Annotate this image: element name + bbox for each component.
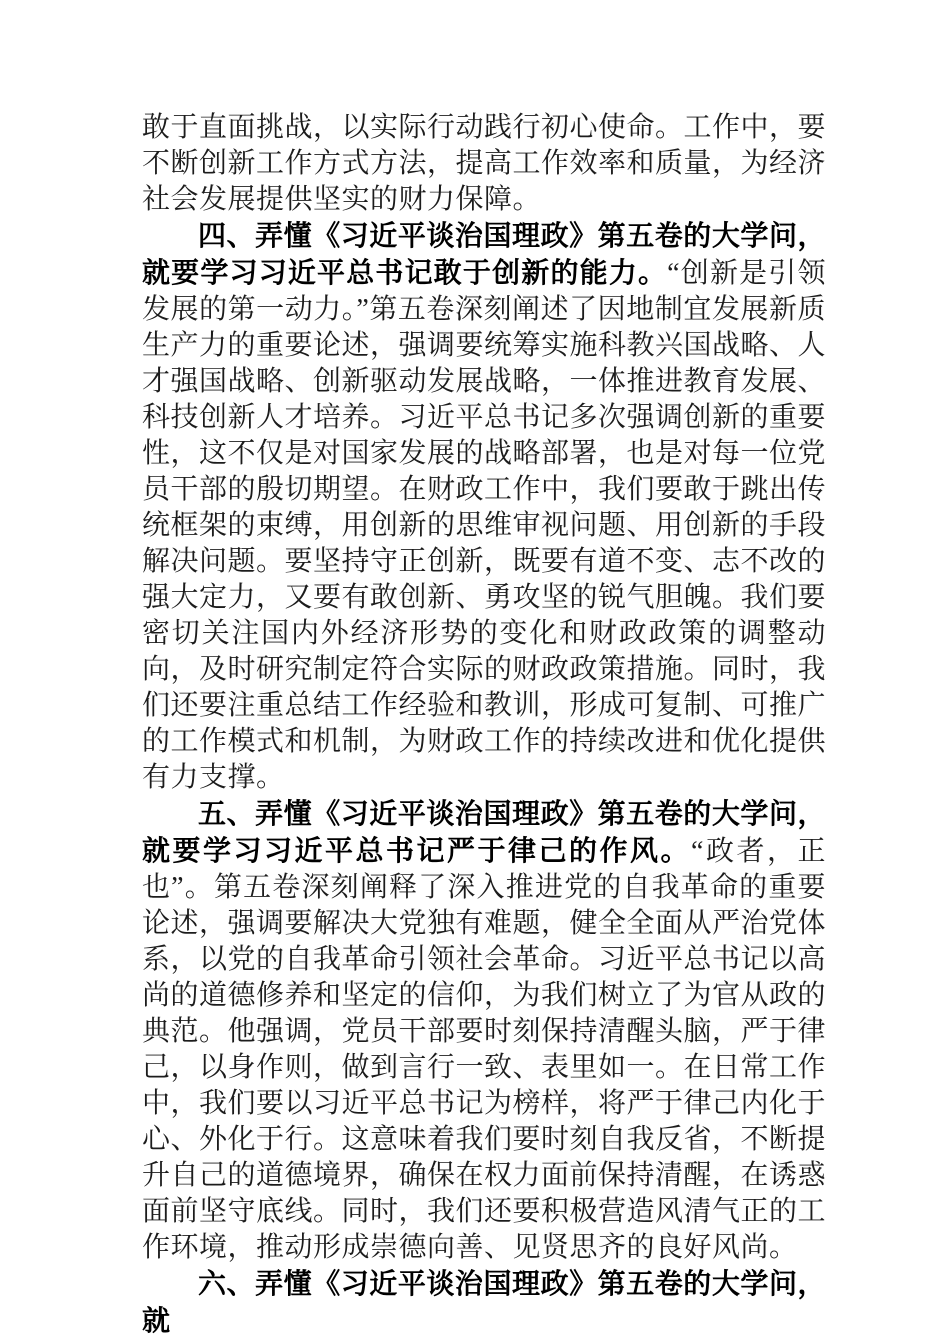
section-6-heading: 六、弄懂《习近平谈治国理政》第五卷的大学问，就 [142,1268,826,1336]
document-content: 敢于直面挑战，以实际行动践行初心使命。工作中，要不断创新工作方式方法，提高工作效… [142,110,826,1340]
paragraph-text: 敢于直面挑战，以实际行动践行初心使命。工作中，要不断创新工作方式方法，提高工作效… [142,112,826,215]
document-page: 敢于直面挑战，以实际行动践行初心使命。工作中，要不断创新工作方式方法，提高工作效… [0,0,950,1344]
section-6-paragraph: 六、弄懂《习近平谈治国理政》第五卷的大学问，就 [142,1266,826,1340]
section-5-paragraph: 五、弄懂《习近平谈治国理政》第五卷的大学问，就要学习习近平总书记严于律己的作风。… [142,796,826,1266]
section-4-text: “创新是引领发展的第一动力。”第五卷深刻阐述了因地制宜发展新质生产力的重要论述，… [142,258,826,793]
section-5-text: “政者，正也”。第五卷深刻阐释了深入推进党的自我革命的重要论述，强调要解决大党独… [142,836,826,1263]
paragraph-continuation: 敢于直面挑战，以实际行动践行初心使命。工作中，要不断创新工作方式方法，提高工作效… [142,110,826,218]
section-4-paragraph: 四、弄懂《习近平谈治国理政》第五卷的大学问，就要学习习近平总书记敢于创新的能力。… [142,218,826,796]
